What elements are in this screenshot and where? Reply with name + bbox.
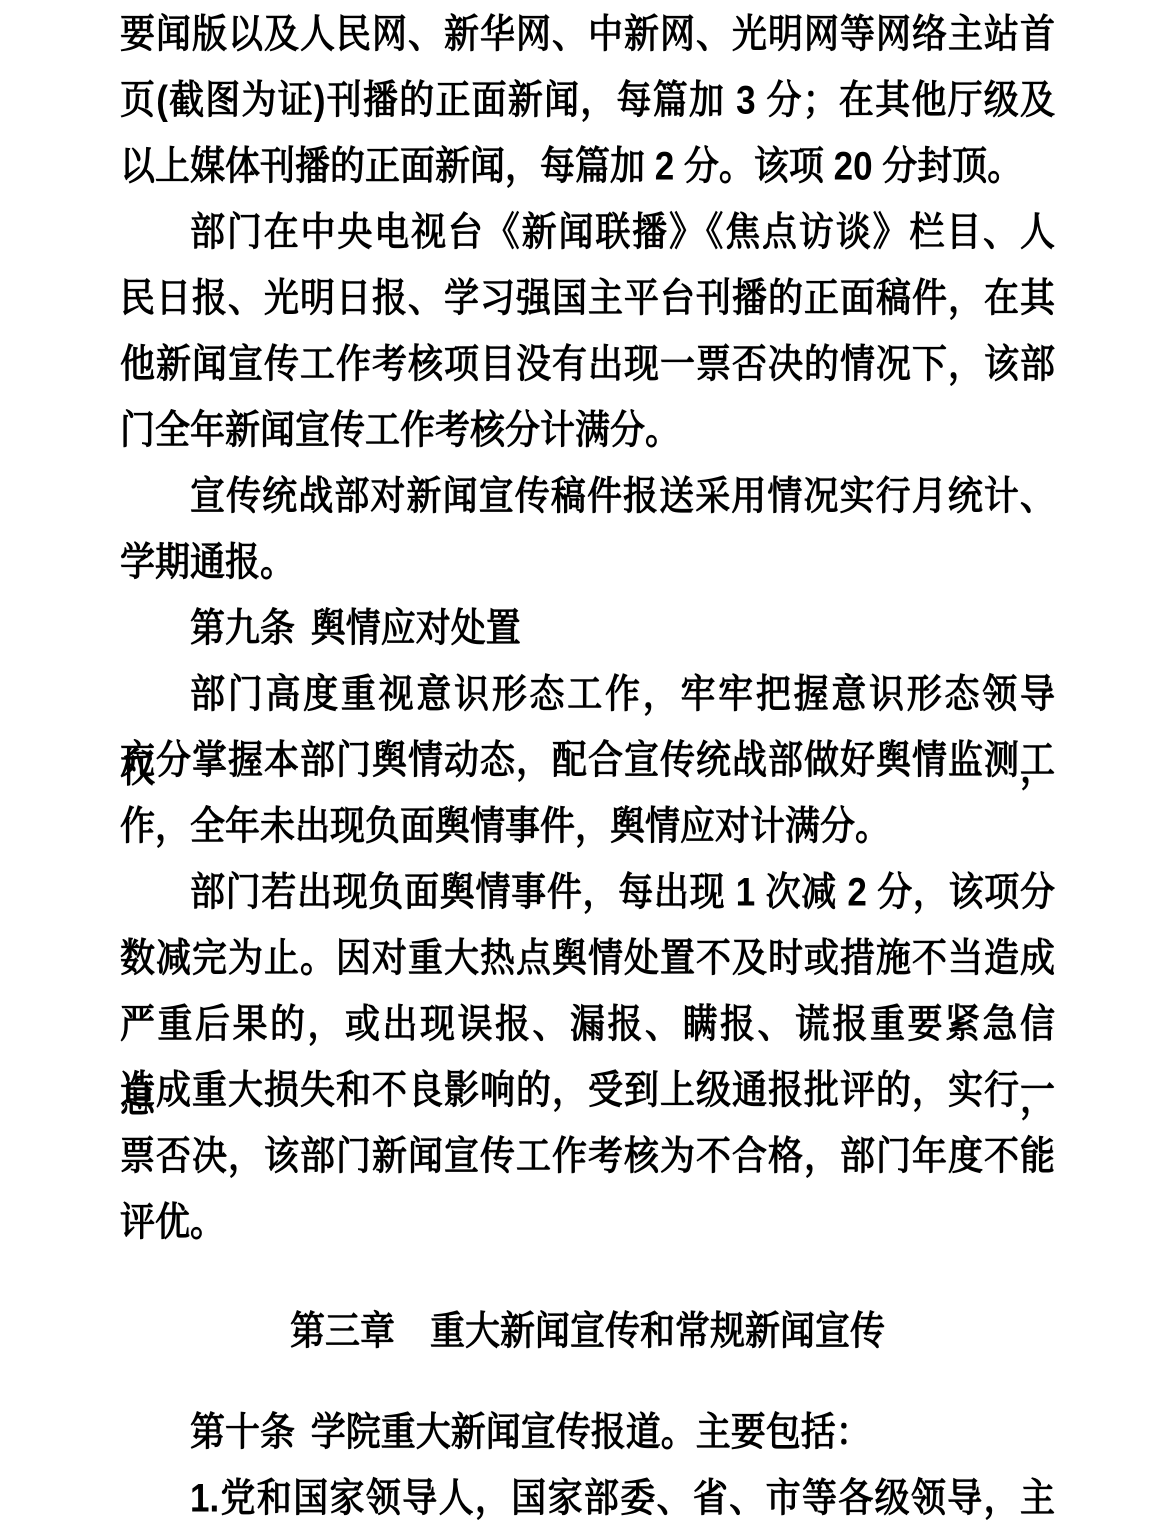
text-line: 门全年新闻宣传工作考核分计满分。	[120, 394, 1055, 469]
text-line: 评优。	[120, 1186, 1055, 1261]
article-title: 学院重大新闻宣传报道。主要包括：	[311, 1410, 871, 1454]
text-line: 以上媒体刊播的正面新闻，每篇加 2 分。该项 20 分封顶。	[120, 130, 1055, 205]
article-heading: 第九条舆情应对处置	[120, 592, 1055, 667]
text-line: 造成重大损失和不良影响的，受到上级通报批评的，实行一	[120, 1054, 1055, 1129]
text-line: 宣传统战部对新闻宣传稿件报送采用情况实行月统计、	[120, 460, 1055, 535]
article-title: 舆情应对处置	[311, 606, 521, 650]
article-number: 第十条	[190, 1409, 295, 1455]
text-line: 票否决，该部门新闻宣传工作考核为不合格，部门年度不能	[120, 1120, 1055, 1195]
article-heading: 第十条学院重大新闻宣传报道。主要包括：	[120, 1396, 1055, 1471]
text-line: 数减完为止。因对重大热点舆情处置不及时或措施不当造成	[120, 922, 1055, 997]
text-line: 他新闻宣传工作考核项目没有出现一票否决的情况下，该部	[120, 328, 1055, 403]
text-line: 作，全年未出现负面舆情事件，舆情应对计满分。	[120, 790, 1055, 865]
text-line: 1.党和国家领导人，国家部委、省、市等各级领导，主	[120, 1462, 1055, 1537]
text-line: 部门在中央电视台《新闻联播》《焦点访谈》栏目、人	[120, 196, 1055, 271]
text-line: 民日报、光明日报、学习强国主平台刊播的正面稿件，在其	[120, 262, 1055, 337]
chapter-heading: 第三章 重大新闻宣传和常规新闻宣传	[120, 1295, 1055, 1370]
text-line: 页(截图为证)刊播的正面新闻，每篇加 3 分；在其他厅级及	[120, 64, 1055, 139]
document-page: 要闻版以及人民网、新华网、中新网、光明网等网络主站首页(截图为证)刊播的正面新闻…	[0, 0, 1172, 1538]
text-line: 充分掌握本部门舆情动态，配合宣传统战部做好舆情监测工	[120, 724, 1055, 799]
text-line: 部门高度重视意识形态工作，牢牢把握意识形态领导权，	[120, 658, 1055, 733]
text-line: 要闻版以及人民网、新华网、中新网、光明网等网络主站首	[120, 0, 1055, 72]
text-line: 部门若出现负面舆情事件，每出现 1 次减 2 分，该项分	[120, 856, 1055, 931]
document-body: 要闻版以及人民网、新华网、中新网、光明网等网络主站首页(截图为证)刊播的正面新闻…	[120, 2, 1055, 1532]
article-number: 第九条	[190, 605, 295, 651]
text-line: 学期通报。	[120, 526, 1055, 601]
text-line: 严重后果的，或出现误报、漏报、瞒报、谎报重要紧急信息，	[120, 988, 1055, 1063]
